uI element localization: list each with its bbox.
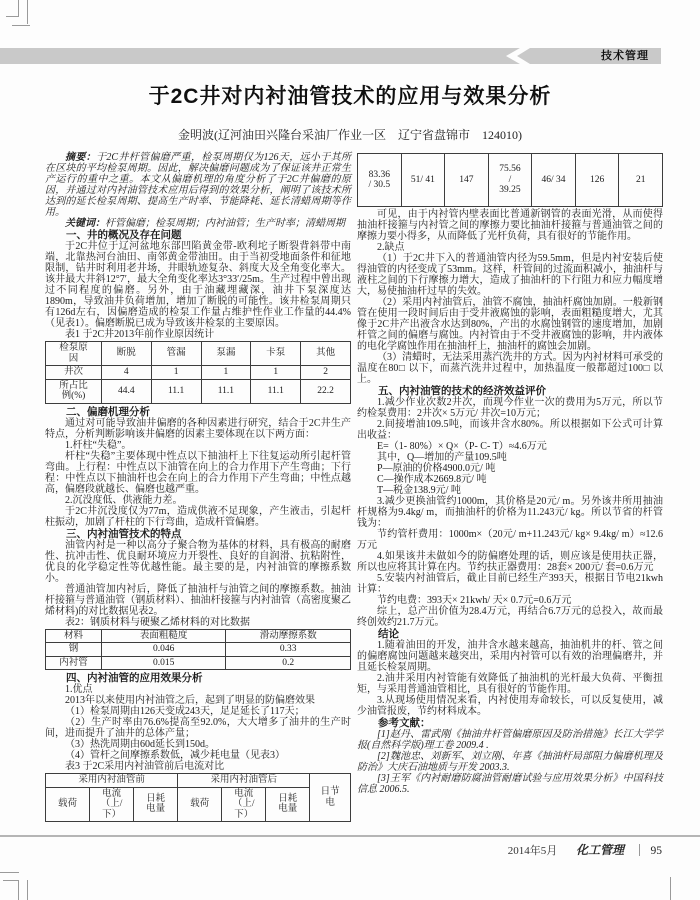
table-cell: 检泵原 因 [46,342,102,366]
reference-item: [3]王军《内衬耐磨防腐油管耐磨试验与应用效果分析》中国科技信息 2006.5. [357,773,663,795]
table-cell: 4 [101,366,151,380]
table-cell: 75.56 / 39.25 [488,154,532,207]
table-cell: 2 [301,366,351,380]
header-bar: 技术管理 [0,48,661,64]
reference-item: [1]赵丹、雷武刚《抽油井杆管偏磨原因及防治措施》长江大学学报(自然科学版)理工… [357,729,663,751]
table-cell: 51/ 41 [401,154,445,207]
table-row: 钢 0.046 0.33 [46,643,351,657]
table-cell: 卡泵 [251,342,301,366]
list-item: （3）热洗周期由60d延长到150d。 [45,739,351,750]
table-cell: 井次 [46,366,102,380]
formula-line: 节约电费：393天× 21kwh/ 天× 0.7元=0.6万元 [357,595,663,606]
table-3-data-row: 83.36 / 30.5 51/ 41 147 75.56 / 39.25 46… [357,153,663,207]
formula-line: T—税金138.9元/ 吨 [357,485,663,496]
table-cell: 材料 [46,629,102,643]
right-column: 83.36 / 30.5 51/ 41 147 75.56 / 39.25 46… [357,152,663,795]
list-item: （4）管杆之间摩擦系数低，减少耗电量（见表3） [45,750,351,761]
table-cell: 44.4 [101,379,151,403]
journal-page: 技术管理 于2C井对内衬油管技术的应用与效果分析 金明波(辽河油田兴隆台采油厂作… [0,0,700,900]
table-3-header: 采用内衬油管前 采用内衬油管后 日节 电 载荷 电流 （上/ 下） 日耗 电量 … [45,773,351,822]
table-row: 检泵原 因 断脱 管漏 泵漏 卡泵 其他 [46,342,351,366]
table-2-caption: 表2：钢质材料与硬聚乙烯材料的对比数据 [45,617,351,628]
list-item: 1.杆柱“失稳”。 [45,440,351,451]
table-cell: 1 [151,366,201,380]
table-cell: 22.2 [301,379,351,403]
table-cell: 0.2 [226,656,351,670]
paragraph: 可见，由于内衬管内壁表面比普通新钢管的表面光滑，从而使得抽油杆接箍与内衬管之间的… [357,209,663,242]
table-cell: 1 [201,366,251,380]
paragraph: 于2C井位于辽河盆地东部凹陷黄金带-欧利坨子断裂背斜带中南端，北靠热河台油田、南… [45,241,351,329]
section-heading-2: 二、偏磨机理分析 [45,406,351,418]
list-item: （1）检泵周期由126天变成243天，足足延长了117天； [45,706,351,717]
scan-tick [27,880,28,900]
section-heading-4: 四、内衬油管的应用效果分析 [45,672,351,684]
keywords-label: 关键词： [65,218,105,229]
table-cell: 0.33 [226,643,351,657]
table-cell: 11.1 [251,379,301,403]
table-1: 检泵原 因 断脱 管漏 泵漏 卡泵 其他 井次 4 1 1 1 2 所占比 例(… [45,341,351,404]
table-cell: 11.1 [201,379,251,403]
list-item: （2）生产时率由76.6%提高至92.0%，大大增多了油井的生产时间，进而提升了… [45,717,351,739]
table-cell: 表面粗糙度 [101,629,226,643]
author-byline: 金明波(辽河油田兴隆台采油厂作业一区 辽宁省盘锦市 124010) [40,128,660,143]
list-item: 3.从现场使用情况来看，内衬使用寿命较长，可以反复使用，减少油管报废，节约材料成… [357,695,663,717]
left-column: 摘要：于2C井杆管偏磨严重，检泵周期仅为126天，远小于其所在区块的平均检泵周期… [45,152,351,824]
table-cell: 电流 （上/ 下） [90,787,134,822]
table-row: 井次 4 1 1 1 2 [46,366,351,380]
formula-line: 其中，Q—增加的产量109.5吨 [357,452,663,463]
table-cell: 载荷 [178,787,222,822]
table-cell: 泵漏 [201,342,251,366]
list-item: 2.缺点 [357,242,663,253]
list-item: 1.优点 [45,684,351,695]
table-cell: 147 [445,154,489,207]
list-item: 2.油井采用内衬管能有效降低了抽油机的光杆最大负荷、平衡扭矩，与采用普通油管相比… [357,673,663,695]
table-row: 采用内衬油管前 采用内衬油管后 日节 电 [46,774,351,788]
table-row: 所占比 例(%) 44.4 11.1 11.1 11.1 22.2 [46,379,351,403]
list-item: 2.沉没度低、供液能力差。 [45,495,351,506]
list-item: 1.随着油田的开发，油井含水越来越高，抽油机井的杆、管之间的偏磨腐蚀问题越来越突… [357,640,663,673]
scan-tick [12,25,30,26]
table-cell: 内衬管 [46,656,102,670]
table-cell: 断脱 [101,342,151,366]
table-cell: 电流 （上/ 下） [222,787,266,822]
table-cell: 日耗 电量 [134,787,178,822]
abstract-label: 摘要： [65,152,96,163]
table-cell: 21 [619,154,663,207]
paragraph: 普通油管加内衬后，降低了抽油杆与油管之间的摩擦系数。抽油杆接箍与普通油管（钢质材… [45,584,351,617]
table-2: 材料 表面粗糙度 滑动摩擦系数 钢 0.046 0.33 内衬管 0.015 0… [45,629,351,671]
paragraph: 杆柱“失稳”主要体现中性点以下抽油杆上下往复运动所引起杆管弯曲。上行程：中性点以… [45,451,351,495]
paragraph: 于2C井沉没度仅为77m，造成供液不足现象，产生液击，引起杆柱振动，加剧了杆柱的… [45,506,351,528]
scan-corner-mark-bottom-left [3,880,19,900]
keywords-text: 杆管偏磨；检泵周期；内衬油管；生产时率；清蜡周期 [105,218,345,229]
formula-line: C—操作成本2669.8元/ 吨 [357,474,663,485]
paragraph: 2013年以来使用内衬油管之后，起到了明显的防偏磨效果 [45,695,351,706]
table-cell: 管漏 [151,342,201,366]
footer-date: 2014年5月 [508,845,558,857]
table-cell: 46/ 34 [532,154,576,207]
section-heading-1: 一、井的概况及存在问题 [45,229,351,241]
footer: 2014年5月 化工管理 95 [45,843,662,858]
references-heading: 参考文献： [357,717,663,729]
chevron-left-icon [506,48,530,64]
table-row: 材料 表面粗糙度 滑动摩擦系数 [46,629,351,643]
scan-corner-mark-top-left [6,0,19,17]
formula-line: E=（1- 80%）× Q×（P- C- T）≈4.6万元 [357,441,663,452]
formula-line: 节约管杆费用：1000m×（20元/ m+11.243元/ kg× 9.4kg/… [357,529,663,551]
table-cell: 11.1 [151,379,201,403]
table-cell: 滑动摩擦系数 [226,629,351,643]
table-cell: 0.015 [101,656,226,670]
page-number: 95 [651,845,663,857]
section-heading-5: 五、内衬油管的技术的经济效益评价 [357,385,663,397]
list-item: 1.减少作业次数2井次，而现今作业一次的费用为5万元，所以节约检泵费用：2井次×… [357,397,663,419]
paragraph: 油管内衬是一种以高分子聚合物为基体的材料，具有极高的耐磨性、抗冲击性、优良耐环境… [45,540,351,584]
list-item: 4.如果该井未做如今的防偏磨处理的话，则应该是使用扶正器，所以也应将其计算在内。… [357,551,663,573]
scan-tick [27,0,28,24]
table-cell: 1 [251,366,301,380]
page-title: 于2C井对内衬油管技术的应用与效果分析 [40,84,660,110]
table-cell: 0.046 [101,643,226,657]
table-cell: 日耗 电量 [266,787,310,822]
table-row: 83.36 / 30.5 51/ 41 147 75.56 / 39.25 46… [358,154,663,207]
table-cell: 日节 电 [310,774,351,822]
list-item: （3）清蜡时，无法采用蒸汽洗井的方式。因为内衬材料可承受的温度在80□ 以下，而… [357,352,663,385]
table-row: 内衬管 0.015 0.2 [46,656,351,670]
footer-rule [0,835,700,837]
formula-line: P—原油的价格4900.0元/ 吨 [357,463,663,474]
table-3-caption: 表3 于2C采用内衬油管前后电流对比 [45,761,351,772]
list-item: 3.减少更换油管约1000m，其价格是20元/ m。另外该井所用抽油杆规格为9.… [357,496,663,529]
two-column-body: 摘要：于2C井杆管偏磨严重，检泵周期仅为126天，远小于其所在区块的平均检泵周期… [45,152,663,824]
paragraph: 通过对可能导致油井偏磨的各种因素进行研究，结合于2C井生产特点，分析判断影响该井… [45,418,351,440]
journal-name: 化工管理 [576,843,624,857]
table-cell: 所占比 例(%) [46,379,102,403]
table-cell: 采用内衬油管后 [178,774,310,788]
section-heading-3: 三、内衬油管技术的特点 [45,528,351,540]
table-1-caption: 表1 于2C井2013年前作业原因统计 [45,329,351,340]
conclusion-heading: 结论 [357,628,663,640]
table-cell: 钢 [46,643,102,657]
abstract-paragraph: 摘要：于2C井杆管偏磨严重，检泵周期仅为126天，远小于其所在区块的平均检泵周期… [45,152,351,218]
list-item: （2）采用内衬油管后，油管不腐蚀，抽油杆腐蚀加剧。一般新钢管在使用一段时间后由于… [357,297,663,352]
scan-tick [670,877,671,900]
list-item: 5.安装内衬油管后，截止目前已经生产393天，根据日节电21kwh计算： [357,573,663,595]
table-cell: 采用内衬油管前 [46,774,178,788]
scan-tick [0,872,19,873]
table-cell: 83.36 / 30.5 [358,154,402,207]
header-category-label: 技术管理 [601,49,649,63]
paragraph: 综上，总产出价值为28.4万元，再结合6.7万元的总投入，故而最终创效约21.7… [357,606,663,628]
footer-divider [639,844,640,856]
table-cell: 载荷 [46,787,90,822]
keywords-paragraph: 关键词：杆管偏磨；检泵周期；内衬油管；生产时率；清蜡周期 [45,218,351,229]
list-item: 2.间接增油109.5吨，而该井含水80%。所以根据如下公式可计算出收益： [357,419,663,441]
list-item: （1）于2C井下入的普通油管内径为59.5mm，但是内衬安装后使得油管的内径变成… [357,253,663,297]
table-row: 载荷 电流 （上/ 下） 日耗 电量 载荷 电流 （上/ 下） 日耗 电量 [46,787,351,822]
reference-item: [2]魏池忠、刘新军、刘立刚、年喜《抽油杆局部阻力偏磨机理及防治》大庆石油地质与… [357,751,663,773]
table-cell: 126 [575,154,619,207]
table-cell: 其他 [301,342,351,366]
